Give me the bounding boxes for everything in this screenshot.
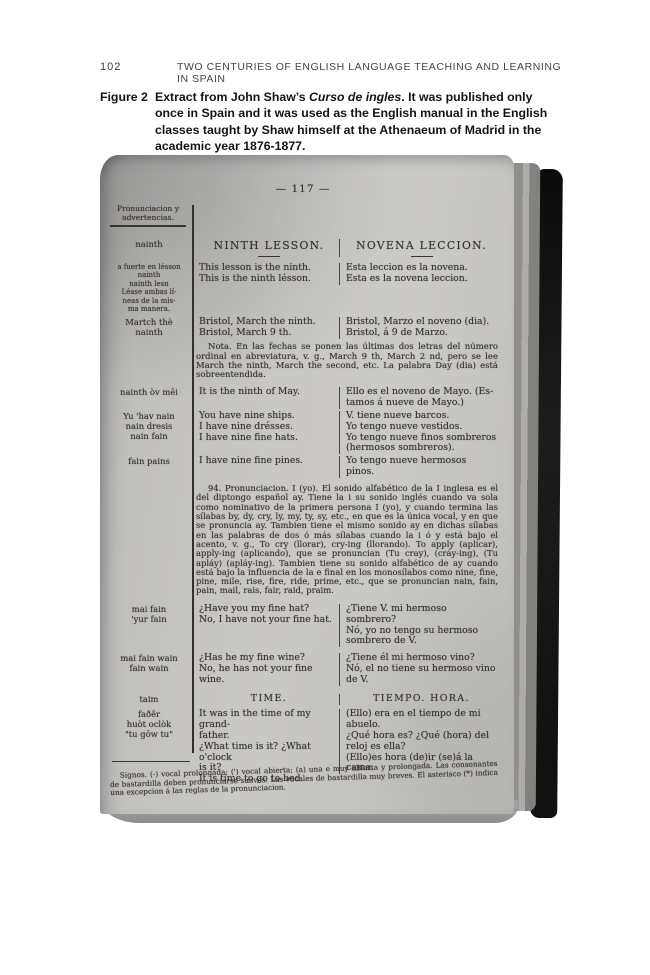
pronunciation-paragraph: 94. Pronunciacion. I (yo). El sonido alf… bbox=[196, 484, 498, 596]
table-row: Yu 'hav nainnain dresisnain fain You hav… bbox=[108, 411, 498, 455]
spanish-cell: Bristol, Marzo el noveno (dia).Bristol, … bbox=[339, 317, 498, 339]
spanish-cell: Yo tengo nueve hermosos pinos. bbox=[339, 456, 498, 478]
scan-page-number: — 117 — bbox=[108, 183, 498, 195]
spanish-lesson-title: NOVENA LECCION. bbox=[339, 239, 498, 257]
pronunciation-margin-cell: mai fain'yur fain bbox=[108, 604, 190, 624]
book-photo: — 117 — Pronunciacion y advertencias. na… bbox=[100, 155, 560, 823]
pronunciation-margin-cell: taim bbox=[108, 694, 190, 704]
pronunciation-margin-cell: nainth bbox=[108, 239, 190, 249]
caption-book-title: Curso de ingles bbox=[309, 90, 401, 104]
spanish-lesson-title-text: NOVENA LECCION. bbox=[356, 239, 487, 252]
scanned-page-content: — 117 — Pronunciacion y advertencias. na… bbox=[108, 175, 498, 807]
pronunciation-margin-cell: nainth òv mēi bbox=[108, 387, 190, 397]
pronunciation-margin-cell: a fuerte en léssonnainthnainth lesnLéase… bbox=[108, 263, 190, 313]
spanish-cell: ¿Tiene V. mi hermoso sombrero?Nó, yo no … bbox=[339, 604, 498, 648]
table-row: mai fain'yur fain ¿Have you my fine hat?… bbox=[108, 604, 498, 648]
pronunciation-margin-cell: Yu 'hav nainnain dresisnain fain bbox=[108, 411, 190, 441]
caption-pre: Extract from John Shaw’s bbox=[155, 90, 309, 104]
pronunciation-margin-cell: faðĕrhuòt oclòk"tu gōw tu" bbox=[108, 709, 190, 739]
spanish-cell: Ello es el noveno de Mayo. (Es-tamos á n… bbox=[339, 387, 498, 409]
page-header: 102 TWO CENTURIES OF ENGLISH LANGUAGE TE… bbox=[100, 61, 562, 85]
figure-caption: Figure 2 Extract from John Shaw’s Curso … bbox=[100, 89, 562, 155]
title-dash bbox=[258, 256, 280, 257]
spanish-cell: ¿Tiene él mi hermoso vino?Nó, el no tien… bbox=[339, 653, 498, 686]
nota-paragraph: Nota. En las fechas se ponen las últimas… bbox=[196, 343, 498, 381]
time-header-row: taim TIME. TIEMPO. HORA. bbox=[108, 694, 498, 705]
pronunciation-margin-cell: Martch thènainth bbox=[108, 317, 190, 337]
page-number: 102 bbox=[100, 61, 177, 73]
english-cell: ¿Has he my fine wine?No, he has not your… bbox=[190, 653, 339, 686]
footnote-rule bbox=[112, 761, 190, 762]
english-cell: This lesson is the ninth.This is the nin… bbox=[190, 263, 339, 285]
english-time-title: TIME. bbox=[190, 694, 339, 705]
spanish-cell: Esta leccion es la novena.Esta es la nov… bbox=[339, 263, 498, 285]
english-cell: You have nine ships.I have nine drésses.… bbox=[190, 411, 339, 444]
english-lesson-title-text: NINTH LESSON. bbox=[214, 239, 325, 252]
lesson-table: nainth NINTH LESSON. NOVENA LECCION. a f… bbox=[108, 239, 498, 785]
english-cell: It is the ninth of May. bbox=[190, 387, 339, 398]
pronunciation-margin-cell: fain pains bbox=[108, 456, 190, 466]
title-dash bbox=[411, 256, 433, 257]
english-cell: I have nine fine pines. bbox=[190, 456, 339, 467]
english-cell: Bristol, March the ninth.Bristol, March … bbox=[190, 317, 339, 339]
english-lesson-title: NINTH LESSON. bbox=[190, 239, 339, 257]
pronunciation-margin-cell: mai fain wainfain wain bbox=[108, 653, 190, 673]
spanish-time-title: TIEMPO. HORA. bbox=[339, 694, 498, 705]
table-row: mai fain wainfain wain ¿Has he my fine w… bbox=[108, 653, 498, 686]
table-row: fain pains I have nine fine pines. Yo te… bbox=[108, 456, 498, 478]
table-row: Martch thènainth Bristol, March the nint… bbox=[108, 317, 498, 339]
english-cell: ¿Have you my fine hat?No, I have not you… bbox=[190, 604, 339, 626]
table-row: a fuerte en léssonnainthnainth lesnLéase… bbox=[108, 263, 498, 313]
margin-column-header: Pronunciacion y advertencias. bbox=[110, 205, 186, 227]
spanish-cell: V. tiene nueve barcos.Yo tengo nueve ves… bbox=[339, 411, 498, 455]
lesson-header-row: nainth NINTH LESSON. NOVENA LECCION. bbox=[108, 239, 498, 257]
running-title: TWO CENTURIES OF ENGLISH LANGUAGE TEACHI… bbox=[177, 61, 562, 85]
figure-label: Figure 2 bbox=[100, 89, 155, 155]
table-row: nainth òv mēi It is the ninth of May. El… bbox=[108, 387, 498, 409]
figure-caption-text: Extract from John Shaw’s Curso de ingles… bbox=[155, 89, 553, 155]
